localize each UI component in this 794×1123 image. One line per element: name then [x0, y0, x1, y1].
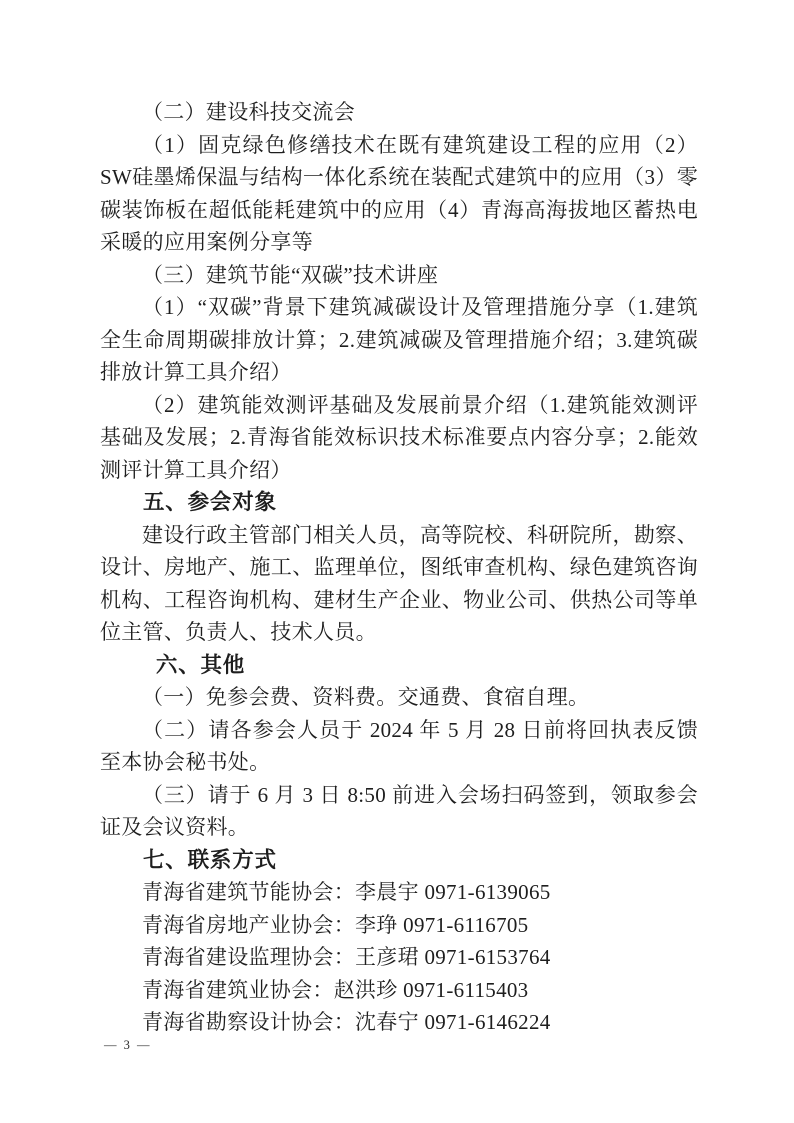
section-5-body: 建设行政主管部门相关人员，高等院校、科研院所，勘察、设计、房地产、施工、监理单位…	[100, 519, 698, 649]
document-content: （二）建设科技交流会 （1）固克绿色修缮技术在既有建筑建设工程的应用（2）SW硅…	[100, 96, 698, 1039]
section-2-body: （1）固克绿色修缮技术在既有建筑建设工程的应用（2）SW硅墨烯保温与结构一体化系…	[100, 129, 698, 259]
contact-line-real-estate-assoc: 青海省房地产业协会：李琤 0971-6116705	[100, 909, 698, 942]
section-6-item-2: （二）请各参会人员于 2024 年 5 月 28 日前将回执表反馈至本协会秘书处…	[100, 714, 698, 779]
document-page: （二）建设科技交流会 （1）固克绿色修缮技术在既有建筑建设工程的应用（2）SW硅…	[0, 0, 794, 1123]
section-6-item-1: （一）免参会费、资料费。交通费、食宿自理。	[100, 681, 698, 714]
section-3-subheading: （三）建筑节能“双碳”技术讲座	[100, 259, 698, 292]
section-6-item-3: （三）请于 6 月 3 日 8:50 前进入会场扫码签到，领取参会证及会议资料。	[100, 779, 698, 844]
contact-line-construction-assoc: 青海省建筑业协会：赵洪珍 0971-6115403	[100, 974, 698, 1007]
section-3-item-1: （1）“双碳”背景下建筑减碳设计及管理措施分享（1.建筑全生命周期碳排放计算；2…	[100, 291, 698, 389]
contact-line-energy-saving-assoc: 青海省建筑节能协会：李晨宇 0971-6139065	[100, 876, 698, 909]
section-3-item-2: （2）建筑能效测评基础及发展前景介绍（1.建筑能效测评基础及发展；2.青海省能效…	[100, 389, 698, 487]
page-number-footer: — 3 —	[104, 1036, 152, 1054]
section-6-heading: 六、其他	[100, 649, 698, 682]
section-7-heading: 七、联系方式	[100, 844, 698, 877]
section-5-heading: 五、参会对象	[100, 486, 698, 519]
section-2-subheading: （二）建设科技交流会	[100, 96, 698, 129]
contact-line-survey-design-assoc: 青海省勘察设计协会：沈春宁 0971-6146224	[100, 1006, 698, 1039]
contact-line-supervision-assoc: 青海省建设监理协会：王彦珺 0971-6153764	[100, 941, 698, 974]
